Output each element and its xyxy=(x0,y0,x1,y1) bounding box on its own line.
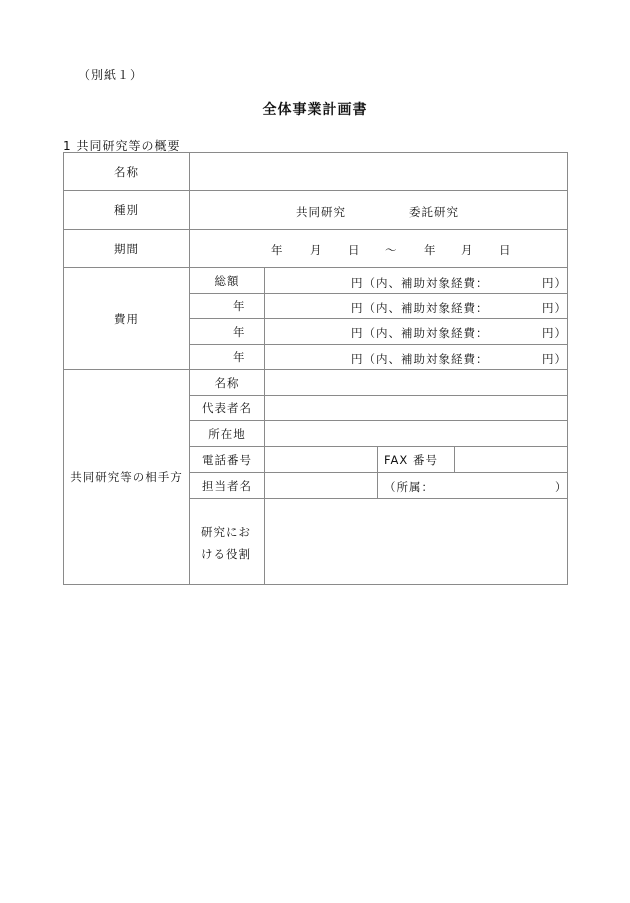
partner-role-field[interactable] xyxy=(265,499,567,584)
cost-year1-yen: 円（内、補助対象経費： xyxy=(351,300,489,316)
cost-year3-yen: 円（内、補助対象経費： xyxy=(351,351,489,367)
cost-year1-label: 年 xyxy=(233,294,263,318)
partner-fax-field[interactable] xyxy=(455,447,567,472)
period-end-month: 月 xyxy=(461,242,474,258)
cost-year3-label: 年 xyxy=(233,345,263,369)
cost-label: 費用 xyxy=(64,268,189,369)
cost-total-yen: 円（内、補助対象経費： xyxy=(351,275,489,291)
type-option-joint-research[interactable]: 共同研究 xyxy=(296,204,346,220)
partner-contact-field[interactable] xyxy=(265,473,377,498)
column-divider xyxy=(377,446,378,498)
period-start-year: 年 xyxy=(271,242,284,258)
period-start-day: 日 xyxy=(348,242,361,258)
partner-role-label-line2: ける役割 xyxy=(201,546,251,562)
partner-affiliation-open: （所属： xyxy=(384,479,434,495)
partner-contact-label: 担当者名 xyxy=(190,473,264,498)
partner-representative-label: 代表者名 xyxy=(190,396,264,420)
partner-label: 共同研究等の相手方 xyxy=(64,370,189,584)
partner-name-field[interactable] xyxy=(265,370,567,395)
partner-phone-label: 電話番号 xyxy=(190,447,264,472)
cost-year3-yen-end: 円） xyxy=(542,351,567,367)
annex-label: （別紙１） xyxy=(78,66,143,83)
name-label: 名称 xyxy=(64,153,189,190)
partner-representative-field[interactable] xyxy=(265,396,567,420)
type-option-commissioned-research[interactable]: 委託研究 xyxy=(409,204,459,220)
period-separator: ～ xyxy=(385,242,398,258)
cost-year2-yen-end: 円） xyxy=(542,325,567,341)
partner-phone-field[interactable] xyxy=(265,447,377,472)
cost-year2-yen: 円（内、補助対象経費： xyxy=(351,325,489,341)
cost-total-yen-end: 円） xyxy=(542,275,567,291)
table-border-bottom xyxy=(63,584,568,585)
period-start-month: 月 xyxy=(310,242,323,258)
cost-year2-label: 年 xyxy=(233,319,263,344)
partner-affiliation-close: ） xyxy=(555,479,568,495)
period-end-year: 年 xyxy=(424,242,437,258)
partner-address-label: 所在地 xyxy=(190,421,264,446)
type-label: 種別 xyxy=(64,191,189,229)
partner-role-label-line1: 研究にお xyxy=(201,524,251,540)
cost-total-label: 総額 xyxy=(190,268,264,293)
partner-name-label: 名称 xyxy=(190,370,264,395)
name-field[interactable] xyxy=(190,153,567,190)
cost-year1-yen-end: 円） xyxy=(542,300,567,316)
period-label: 期間 xyxy=(64,230,189,267)
partner-address-field[interactable] xyxy=(265,421,567,446)
partner-fax-label: FAX 番号 xyxy=(384,447,454,472)
period-end-day: 日 xyxy=(499,242,512,258)
document-title: 全体事業計画書 xyxy=(0,99,630,119)
